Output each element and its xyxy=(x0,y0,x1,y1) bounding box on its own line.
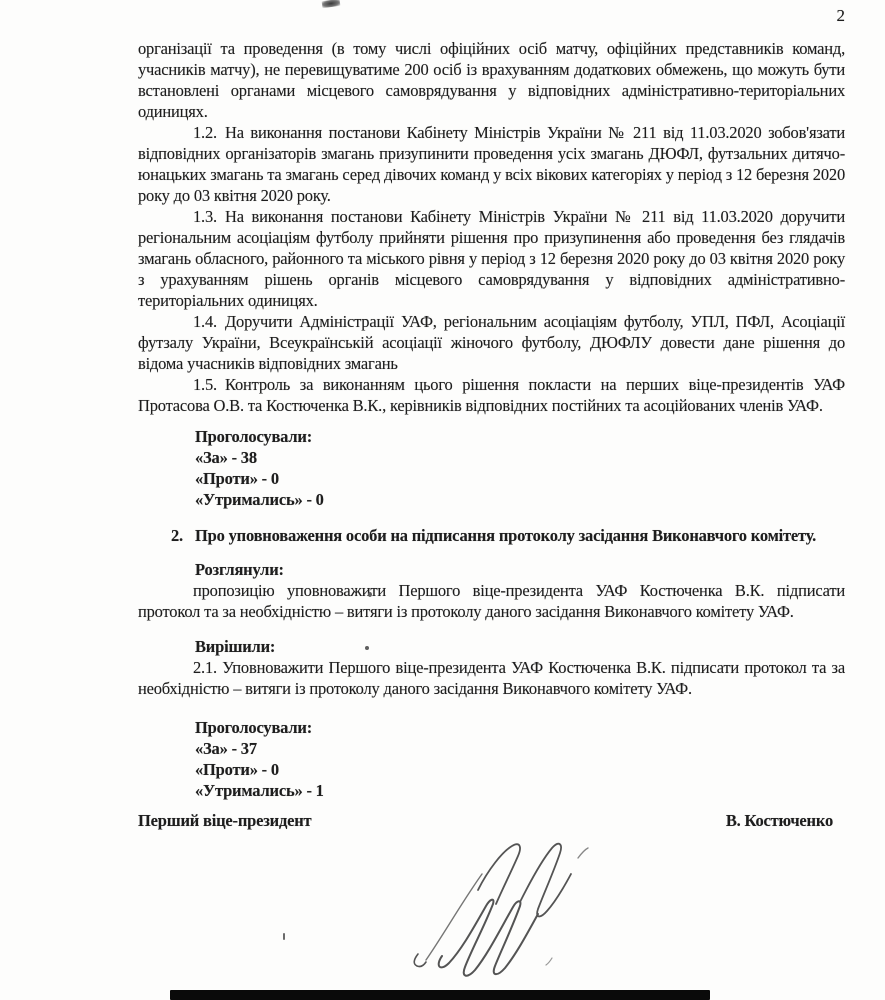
considered-label: Розглянули: xyxy=(195,559,845,580)
considered-text: пропозицію уповноважити Першого віце-пре… xyxy=(138,580,845,622)
vote-block-1: Проголосували: «За» - 38 «Проти» - 0 «Ут… xyxy=(195,426,845,510)
paragraph-continuation: організації та проведення (в тому числі … xyxy=(138,38,845,122)
vote-for: «За» - 38 xyxy=(195,447,845,468)
vote-abstained: «Утримались» - 0 xyxy=(195,489,845,510)
scan-artifact-bottom-bar xyxy=(170,990,710,1000)
signoff-name: В. Костюченко xyxy=(726,810,845,831)
agenda-item-number: 2. xyxy=(171,525,195,547)
document-body: організації та проведення (в тому числі … xyxy=(138,38,845,831)
vote-title: Проголосували: xyxy=(195,717,845,738)
vote-title: Проголосували: xyxy=(195,426,845,447)
signoff-role: Перший віце-президент xyxy=(138,810,311,831)
resolved-text: 2.1. Уповноважити Першого віце-президент… xyxy=(138,657,845,699)
vote-against: «Проти» - 0 xyxy=(195,468,845,489)
scan-speck xyxy=(365,646,369,650)
agenda-item-title: Про уповноваження особи на підписання пр… xyxy=(195,525,845,547)
vote-block-2: Проголосували: «За» - 37 «Проти» - 0 «Ут… xyxy=(195,717,845,801)
paragraph-1-5: 1.5. Контроль за виконанням цього рішенн… xyxy=(138,374,845,416)
scan-artifact-top xyxy=(322,0,341,8)
paragraph-1-3: 1.3. На виконання постанови Кабінету Мін… xyxy=(138,206,845,311)
page-number: 2 xyxy=(837,6,846,26)
signature-scribble xyxy=(402,838,622,983)
vote-for: «За» - 37 xyxy=(195,738,845,759)
paragraph-1-4: 1.4. Доручити Адміністрації УАФ, регіона… xyxy=(138,311,845,374)
paragraph-1-2: 1.2. На виконання постанови Кабінету Мін… xyxy=(138,122,845,206)
scan-speck xyxy=(283,933,285,940)
signoff-row: Перший віце-президент В. Костюченко xyxy=(138,810,845,831)
vote-against: «Проти» - 0 xyxy=(195,759,845,780)
agenda-item-2-heading: 2. Про уповноваження особи на підписання… xyxy=(171,525,845,547)
scanned-document-page: 2 організації та проведення (в тому числ… xyxy=(0,0,885,1000)
vote-abstained: «Утримались» - 1 xyxy=(195,780,845,801)
scan-speck xyxy=(368,592,372,597)
resolved-label: Вирішили: xyxy=(195,636,845,657)
